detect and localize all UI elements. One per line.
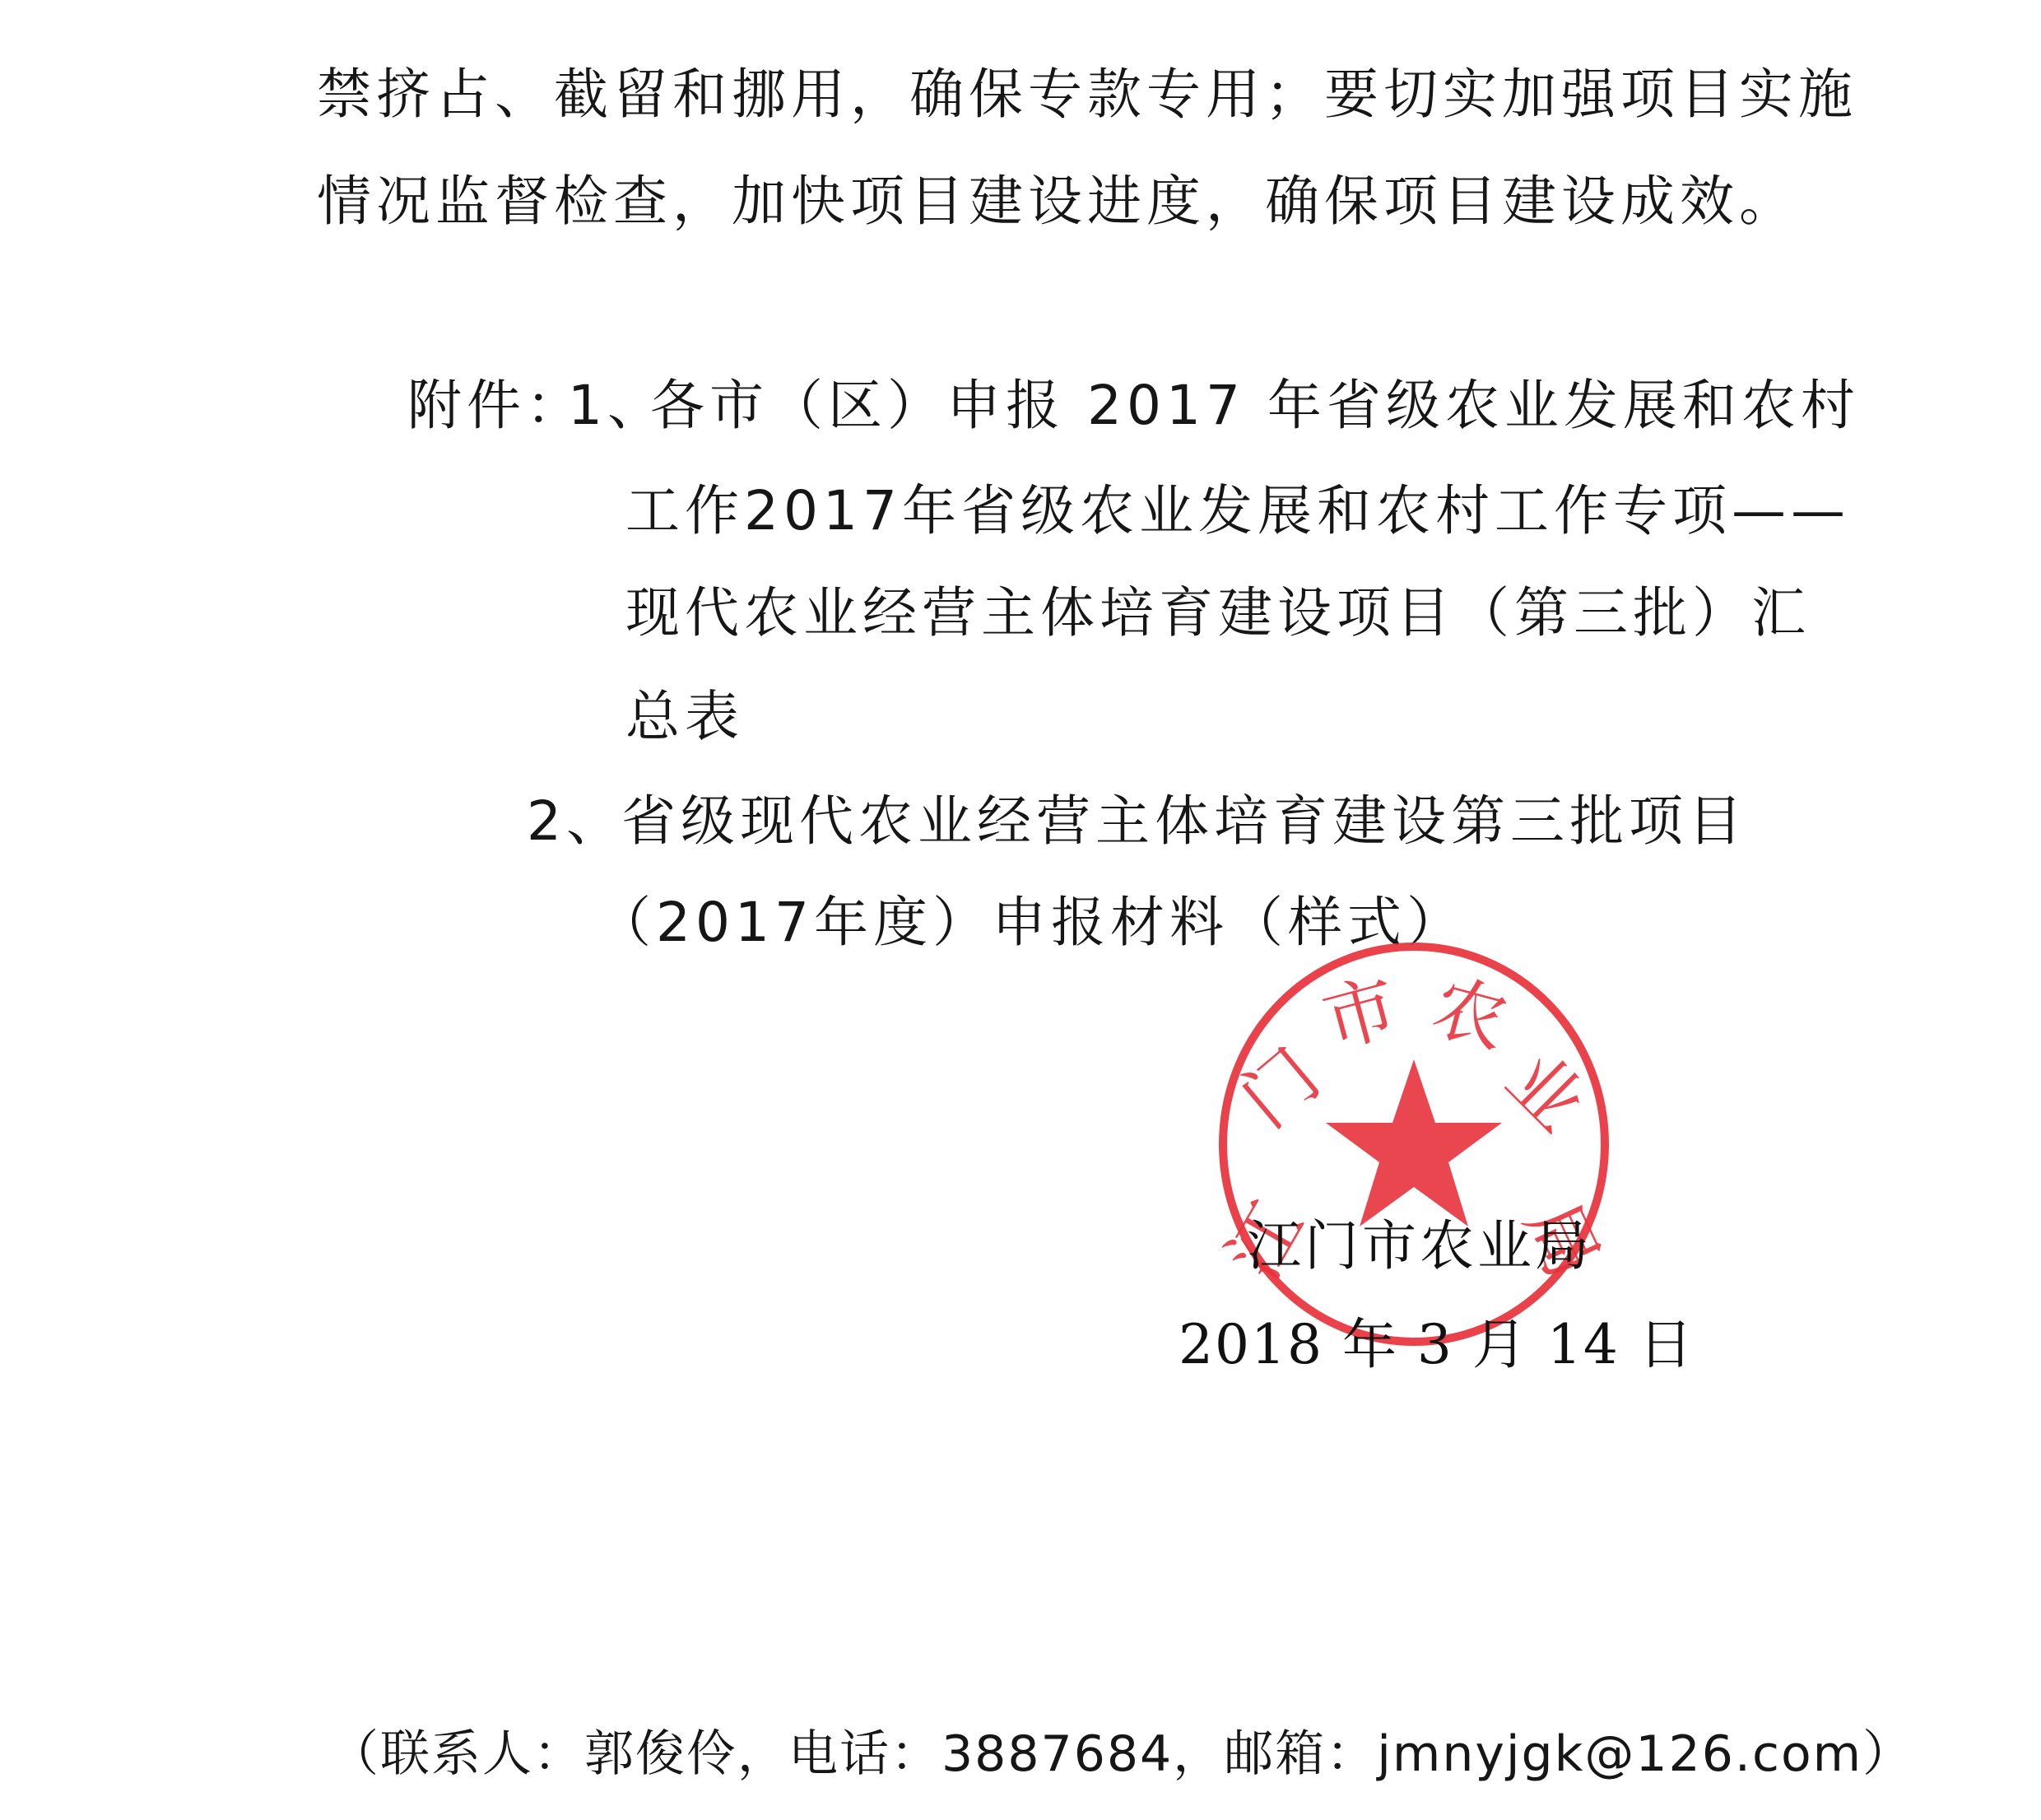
seal-char-2: 门 — [1225, 1032, 1336, 1143]
official-seal: 江 门 市 农 业 局 — [1208, 940, 1620, 1352]
contact-info: （联系人：郭俊伶，电话：3887684，邮箱：jmnyjgk@126.com） — [329, 1715, 1913, 1785]
attachment-1-line-1: 各市（区）申报 2017 年省级农业发展和农村 — [650, 379, 1860, 433]
body-line-2: 情况监督检查，加快项目建设进度，确保项目建设成效。 — [317, 175, 1798, 229]
body-line-1: 禁挤占、截留和挪用，确保专款专用；要切实加强项目实施 — [317, 67, 1857, 122]
signature-date: 2018 年 3 月 14 日 — [1179, 1301, 1695, 1379]
document-page: 禁挤占、截留和挪用，确保专款专用；要切实加强项目实施 情况监督检查，加快项目建设… — [0, 0, 2041, 1820]
seal-char-3: 市 — [1314, 963, 1406, 1064]
attachment-2-number: 2、 — [527, 794, 625, 849]
attachment-1-line-4: 总表 — [625, 690, 744, 744]
signature-organization: 江门市农业局 — [1247, 1202, 1592, 1280]
attachment-2-line-1: 省级现代农业经营主体培育建设第三批项目 — [621, 794, 1747, 849]
attachments-label: 附件： — [407, 379, 585, 433]
seal-char-4: 农 — [1424, 963, 1516, 1064]
attachment-1-line-2: 工作2017年省级农业发展和农村工作专项—— — [625, 484, 1850, 538]
attachment-1-line-3: 现代农业经营主体培育建设项目（第三批）汇 — [625, 586, 1811, 640]
